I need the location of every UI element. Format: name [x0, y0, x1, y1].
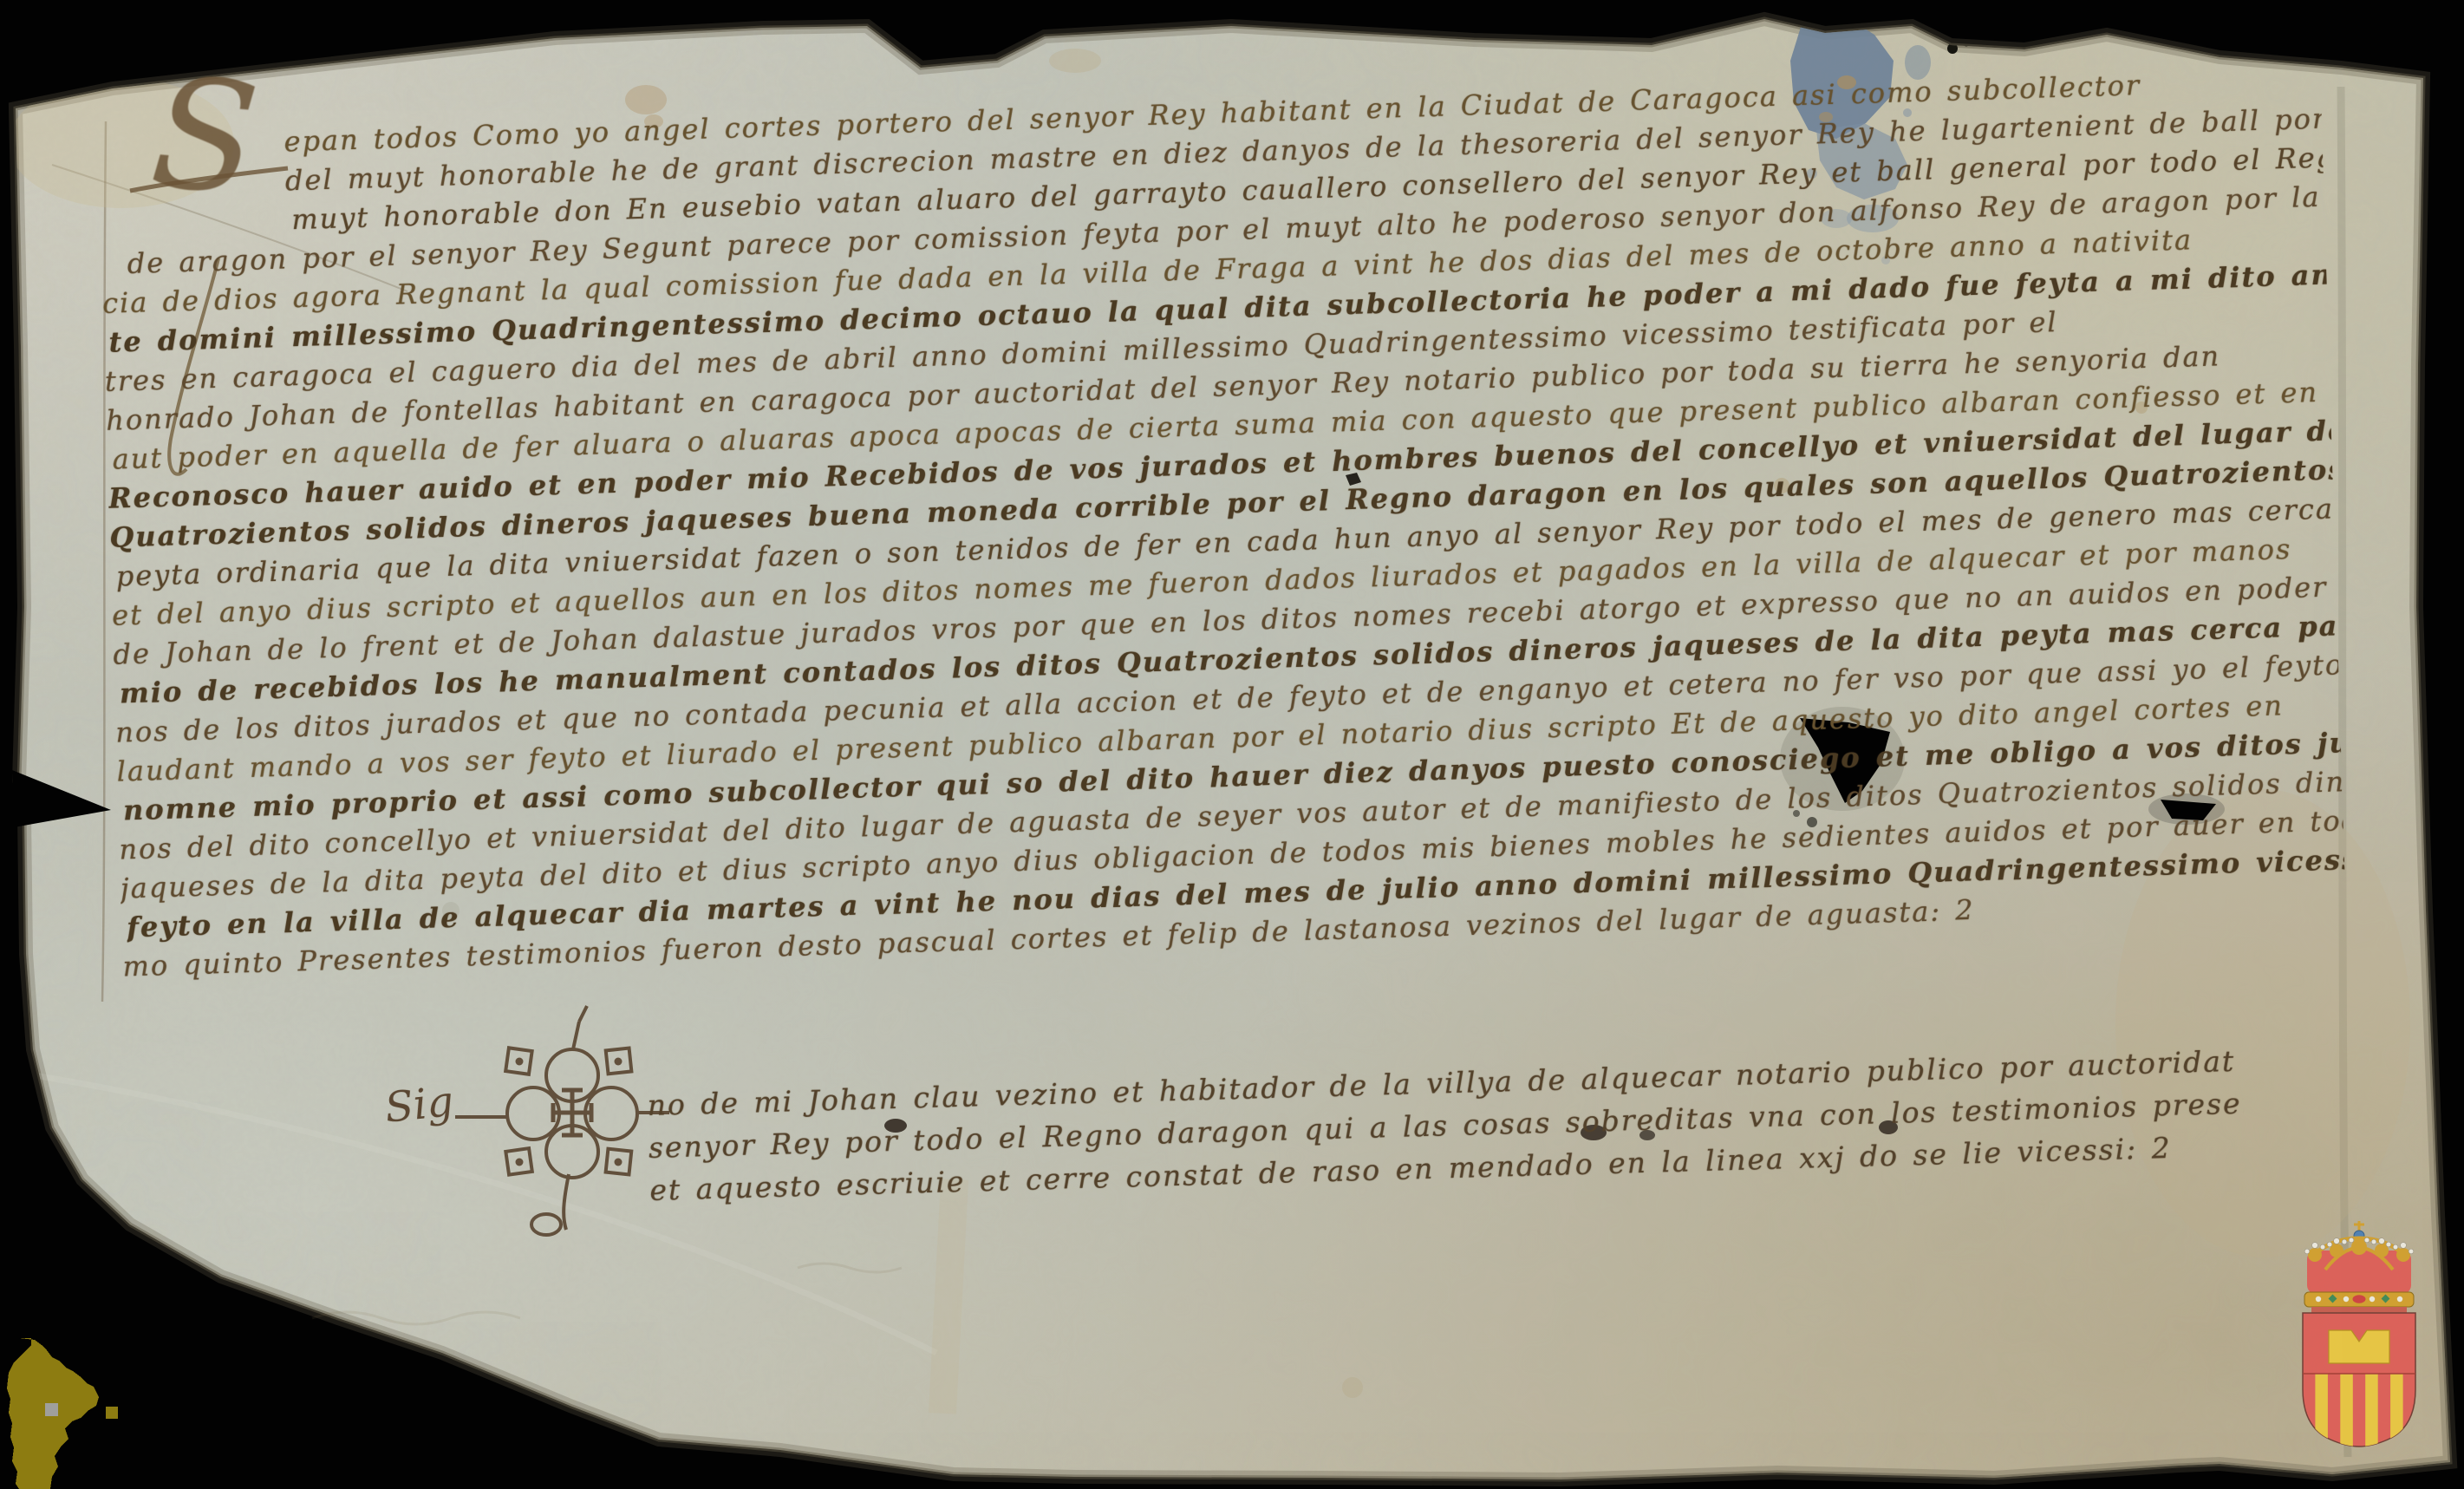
map-marker-square: [45, 1403, 58, 1416]
map-fragment-icon: [7, 1338, 118, 1489]
signum-sig-label: Sig: [382, 1077, 455, 1133]
archive-photo: S epan todos Como yo angel cortes porter…: [0, 0, 2464, 1489]
map-detached-pixel: [106, 1407, 118, 1419]
manuscript-text-block: epan todos Como yo angel cortes portero …: [97, 61, 2346, 987]
coat-of-arms-watermark: [2303, 1221, 2415, 1452]
